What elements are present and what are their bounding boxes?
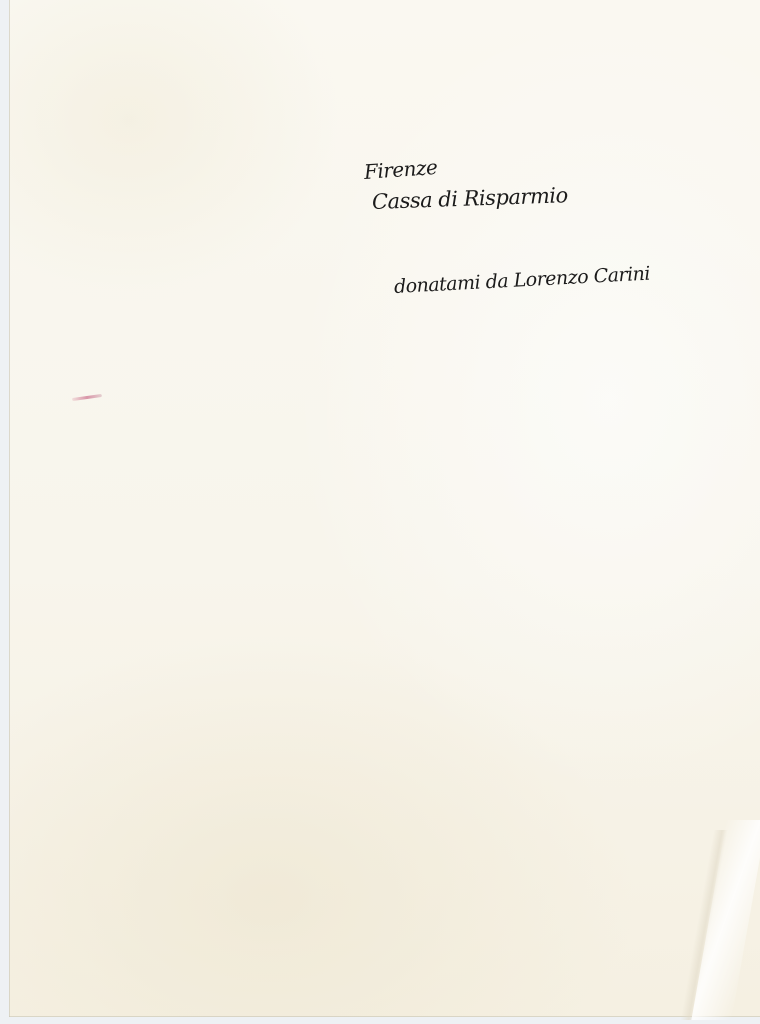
handwritten-city: Firenze (363, 155, 438, 184)
paper-sheet (9, 0, 760, 1017)
scanned-document: Firenze Cassa di Risparmio donatami da L… (0, 0, 760, 1024)
